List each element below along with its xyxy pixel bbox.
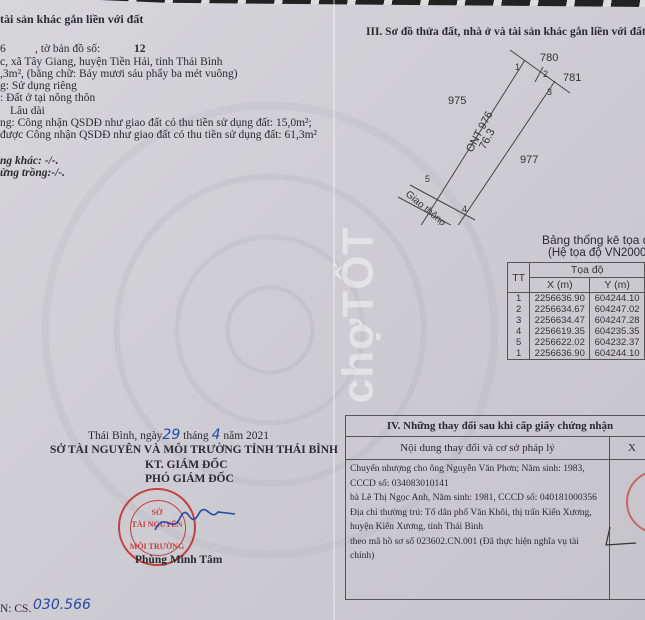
changes-title: IV. Những thay đổi sau khi cấp giấy chứn… [346, 416, 645, 437]
issuer-name: SỞ TÀI NGUYÊN VÀ MÔI TRƯỜNG TỈNH THÁI BÌ… [50, 443, 338, 457]
coords-cell-y: 604244.10 [590, 293, 645, 305]
coords-table: TT Tọa độ X (m) Y (m) 12256636.90604244.… [507, 262, 645, 360]
date-month: 4 [212, 427, 221, 443]
signature [150, 500, 240, 540]
changes-content: Chuyển nhượng cho ông Nguyễn Văn Phơn; N… [346, 460, 610, 600]
coords-cell-y: 604235.35 [590, 326, 645, 337]
col-y: Y (m) [590, 278, 645, 293]
perennial-trees: ừng trồng:-/-. [0, 166, 65, 180]
svg-text:3: 3 [547, 87, 552, 97]
coords-table-title: Bảng thống kê tọa độ [542, 233, 645, 247]
signer-name: Phùng Minh Tâm [135, 553, 222, 567]
svg-text:2: 2 [543, 69, 548, 79]
coords-cell-tt: 3 [508, 315, 530, 326]
coords-cell-y: 604244.10 [590, 348, 645, 360]
coords-row: 52256622.02604232.37 [508, 337, 645, 348]
watermark-logo: chợTỐT [333, 227, 383, 404]
coords-table-subtitle: (Hệ tọa độ VN2000) [548, 246, 645, 260]
svg-text:1: 1 [515, 62, 520, 72]
coords-cell-tt: 2 [508, 304, 530, 315]
map-sheet-number: 12 [134, 42, 146, 56]
col-tt: TT [508, 263, 530, 293]
svg-text:781: 781 [563, 72, 581, 84]
parcel-diagram: 780 781 975 977 1 2 3 4 5 ONT 976 76.3 G… [380, 45, 600, 225]
coords-cell-y: 604232.37 [590, 337, 645, 348]
signer-title-1: KT. GIÁM ĐỐC [145, 458, 228, 472]
coords-row: 12256636.90604244.10 [508, 293, 645, 305]
coords-row: 12256636.90604244.10 [508, 348, 645, 360]
coords-row: 42256619.35604235.35 [508, 326, 645, 337]
date-month-label: tháng [183, 430, 209, 442]
diagram-section-title: III. Sơ đồ thửa đất, nhà ở và tài sản kh… [366, 25, 645, 39]
coords-cell-x: 2256634.47 [530, 315, 590, 326]
coords-cell-tt: 4 [508, 326, 530, 337]
date-year: năm 2021 [223, 430, 269, 442]
origin-line-2: được Công nhận QSDĐ như giao đất có thu … [0, 128, 317, 142]
signer-title-2: PHÓ GIÁM ĐỐC [145, 472, 234, 486]
coords-cell-x: 2256636.90 [530, 348, 590, 360]
svg-text:5: 5 [425, 174, 430, 184]
section-header-fragment: tài sản khác gắn liền với đất [0, 12, 143, 26]
initials [602, 525, 642, 550]
land-purpose: : Đất ở tại nông thôn [0, 91, 95, 105]
changes-table: IV. Những thay đổi sau khi cấp giấy chứn… [345, 415, 645, 600]
col-group: Tọa độ [530, 263, 645, 278]
svg-text:977: 977 [520, 154, 538, 166]
cert-number: 030.566 [33, 598, 91, 612]
date-prefix: Thái Bình, ngày [88, 430, 162, 442]
coords-cell-x: 2256619.35 [530, 326, 590, 337]
svg-text:4: 4 [462, 204, 467, 214]
changes-col-other: X [610, 437, 645, 460]
map-sheet-label: , tờ bản đồ số: [35, 42, 100, 56]
col-x: X (m) [530, 278, 590, 293]
coords-cell-x: 2256634.67 [530, 304, 590, 315]
cert-number-label: N: CS. [0, 602, 31, 616]
svg-text:780: 780 [540, 52, 558, 64]
coords-cell-x: 2256622.02 [530, 337, 590, 348]
coords-cell-tt: 1 [508, 293, 530, 305]
coords-cell-y: 604247.28 [590, 315, 645, 326]
issue-date: Thái Bình, ngày29 tháng 4 năm 2021 [88, 428, 269, 443]
svg-text:975: 975 [448, 95, 466, 107]
coords-row: 22256634.67604247.02 [508, 304, 645, 315]
coords-cell-tt: 1 [508, 348, 530, 360]
coords-row: 32256634.47604247.28 [508, 315, 645, 326]
coords-cell-tt: 5 [508, 337, 530, 348]
changes-col-content: Nội dung thay đổi và cơ sở pháp lý [346, 437, 610, 460]
coords-cell-x: 2256636.90 [530, 293, 590, 305]
date-day: 29 [162, 427, 180, 443]
coords-cell-y: 604247.02 [590, 304, 645, 315]
parcel-number: 6 [0, 42, 6, 56]
